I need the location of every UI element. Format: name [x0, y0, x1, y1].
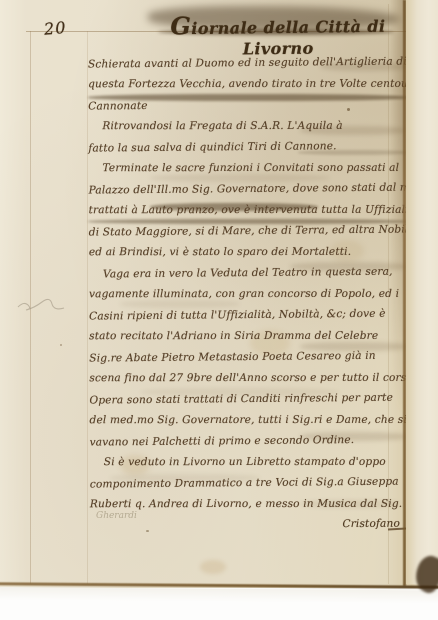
manuscript-line: Opera sono stati trattati di Canditi rin…: [89, 387, 413, 411]
manuscript-line: del med.mo Sig. Governatore, tutti i Sig…: [90, 410, 414, 431]
manuscript-line: Ritrovandosi la Fregata di S.A.R. L'Aqui…: [88, 116, 412, 137]
manuscript-line: componimento Drammatico a tre Voci di Si…: [90, 471, 414, 495]
manuscript-line: fatto la sua salva di quindici Tiri di C…: [88, 135, 412, 159]
ink-speck: [60, 344, 62, 346]
manuscript-line: stato recitato l'Adriano in Siria Dramma…: [89, 326, 413, 347]
manuscript-line: di Stato Maggiore, si di Mare, che di Te…: [89, 219, 413, 243]
ink-speck: [347, 108, 350, 111]
pencil-annotation: Gherardi: [96, 511, 137, 521]
manuscript-line: Palazzo dell'Ill.mo Sig. Governatore, do…: [88, 177, 412, 201]
manuscript-line: scena fino dal 27 9bre dell'Anno scorso …: [89, 368, 413, 389]
manuscript-line: Terminate le sacre funzioni i Convitati …: [88, 158, 412, 179]
manuscript-line: Vaga era in vero la Veduta del Teatro in…: [89, 261, 413, 285]
manuscript-line: trattati à Lauto pranzo, ove è intervenu…: [89, 200, 413, 221]
manuscript-text-block: Schierata avanti al Duomo ed in seguito …: [88, 52, 414, 536]
page-number: 20: [43, 16, 85, 38]
manuscript-line: Ruberti q. Andrea di Livorno, e messo in…: [90, 494, 414, 515]
manuscript-line: ed ai Brindisi, vi è stato lo sparo dei …: [89, 242, 413, 263]
manuscript-line: vagamente illuminata, con gran concorso …: [89, 284, 413, 305]
manuscript-line: Casini ripieni di tutta l'Uffizialità, N…: [89, 303, 413, 327]
manuscript-line: Sig.re Abate Pietro Metastasio Poeta Ces…: [89, 345, 413, 369]
manuscript-line: Schierata avanti al Duomo ed in seguito …: [88, 51, 412, 75]
fore-edge-pages: [406, 0, 438, 584]
manuscript-line: questa Fortezza Vecchia, avendo tirato i…: [88, 74, 412, 95]
catchword: Cristofano: [90, 513, 414, 537]
ink-speck: [214, 252, 216, 254]
ink-speck: [146, 530, 149, 532]
margin-pencil-mark: [16, 293, 68, 315]
scan-background: [0, 587, 438, 620]
manuscript-line: Si è veduto in Livorno un Libretto stamp…: [90, 452, 414, 473]
manuscript-line: Cannonate: [88, 93, 412, 117]
manuscript-line: vavano nei Palchetti di primo e secondo …: [90, 429, 414, 453]
foxing-stain: [200, 560, 226, 574]
page-edge-shadow: [390, 0, 404, 420]
